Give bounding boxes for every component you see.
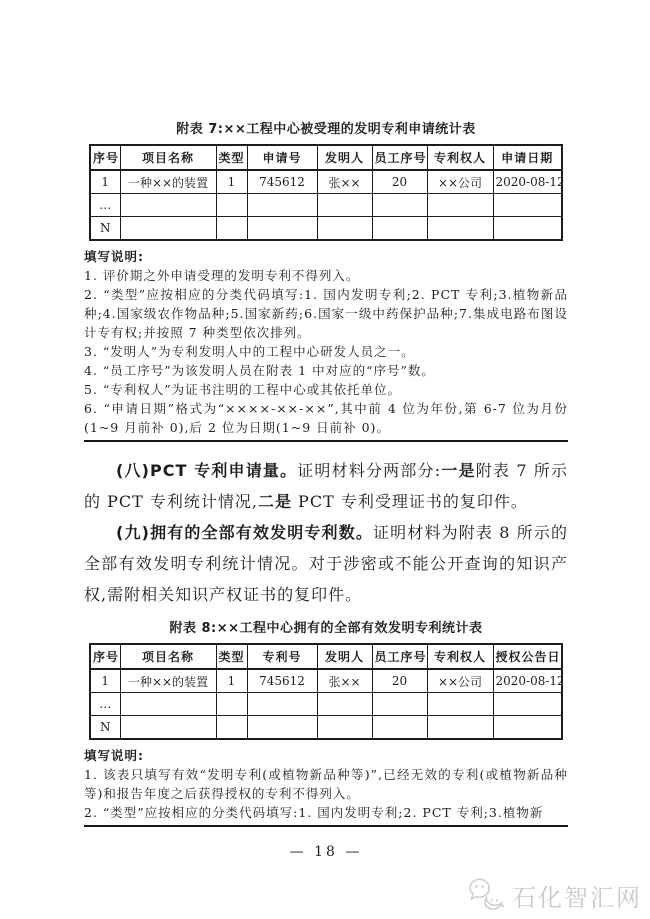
- table-cell: [247, 716, 317, 740]
- header-cell: 员工序号: [372, 644, 427, 669]
- text-segment: 二是: [258, 492, 292, 511]
- table-cell: [372, 194, 427, 217]
- header-cell: 专利权人: [427, 644, 493, 669]
- header-cell: 申请号: [247, 145, 317, 170]
- text-segment: (八)PCT 专利申请量。: [116, 461, 297, 480]
- header-cell: 专利号: [247, 644, 317, 669]
- table-cell: [493, 716, 562, 740]
- table-cell: [216, 716, 247, 740]
- table-cell: 1: [216, 669, 247, 693]
- table-cell: [216, 194, 247, 217]
- page-number: — 18 —: [84, 844, 568, 860]
- wechat-icon: [466, 877, 508, 913]
- table8: 序号项目名称类型专利号发明人员工序号专利权人授权公告日 1一种××的装置1745…: [89, 643, 563, 740]
- table-cell: 20: [372, 170, 427, 194]
- header-cell: 项目名称: [120, 644, 216, 669]
- table8-notes: 填写说明: 1. 该表只填写有效“发明专利(或植物新品种等)”,已经无效的专利(…: [84, 746, 568, 822]
- table-cell: [493, 217, 562, 241]
- table-cell: 20: [372, 669, 427, 693]
- table-cell: [493, 194, 562, 217]
- table-row: N: [90, 716, 562, 740]
- table-cell: ××公司: [427, 170, 493, 194]
- header-cell: 类型: [216, 145, 247, 170]
- header-cell: 发明人: [317, 145, 372, 170]
- table8-section: 附表 8:××工程中心拥有的全部有效发明专利统计表 序号项目名称类型专利号发明人…: [84, 617, 568, 827]
- table8-header-row: 序号项目名称类型专利号发明人员工序号专利权人授权公告日: [90, 644, 562, 669]
- table-cell: 一种××的装置: [120, 669, 216, 693]
- table-cell: 2020-08-12: [493, 669, 562, 693]
- table-cell: [317, 194, 372, 217]
- table-cell: [372, 716, 427, 740]
- text-segment: PCT 专利受理证书的复印件。: [292, 492, 528, 511]
- header-cell: 项目名称: [120, 145, 216, 170]
- table-row: N: [90, 217, 562, 241]
- note-item: 3. “发明人”为专利发明人中的工程中心研发人员之一。: [84, 342, 568, 361]
- page-content: 附表 7:××工程中心被受理的发明专利申请统计表 序号项目名称类型申请号发明人员…: [84, 118, 568, 860]
- table7-notes-list: 1. 评价期之外申请受理的发明专利不得列入。2. “类型”应按相应的分类代码填写…: [84, 266, 568, 437]
- table8-title: 附表 8:××工程中心拥有的全部有效发明专利统计表: [84, 617, 568, 636]
- table-cell: [247, 217, 317, 241]
- table-cell: [120, 716, 216, 740]
- table-row: 1一种××的装置1745612张××20××公司2020-08-12: [90, 170, 562, 194]
- table-cell: N: [90, 716, 120, 740]
- header-cell: 发明人: [317, 644, 372, 669]
- note-item: 6. “申请日期”格式为“××××-××-××”,其中前 4 位为年份,第 6-…: [84, 399, 568, 437]
- table-cell: N: [90, 217, 120, 241]
- text-segment: 证明材料分两部分:: [297, 461, 441, 480]
- table-cell: 1: [90, 669, 120, 693]
- table7-section: 附表 7:××工程中心被受理的发明专利申请统计表 序号项目名称类型申请号发明人员…: [84, 118, 568, 442]
- table7: 序号项目名称类型申请号发明人员工序号专利权人申请日期 1一种××的装置17456…: [89, 144, 563, 241]
- table-cell: 745612: [247, 170, 317, 194]
- table-cell: 张××: [317, 170, 372, 194]
- table-cell: [427, 693, 493, 716]
- table-cell: [372, 217, 427, 241]
- table-row: …: [90, 693, 562, 716]
- table-cell: ××公司: [427, 669, 493, 693]
- table-cell: [120, 693, 216, 716]
- table7-notes: 填写说明: 1. 评价期之外申请受理的发明专利不得列入。2. “类型”应按相应的…: [84, 247, 568, 437]
- body-paragraphs: (八)PCT 专利申请量。证明材料分两部分:一是附表 7 所示的 PCT 专利统…: [84, 455, 568, 610]
- table-row: 1一种××的装置1745612张××20××公司2020-08-12: [90, 669, 562, 693]
- table-cell: 张××: [317, 669, 372, 693]
- note-item: 2. “类型”应按相应的分类代码填写:1. 国内发明专利;2. PCT 专利;3…: [84, 285, 568, 342]
- table-cell: …: [90, 194, 120, 217]
- table-cell: [427, 217, 493, 241]
- table-cell: [427, 194, 493, 217]
- note-item: 4. “员工序号”为该发明人员在附表 1 中对应的“序号”数。: [84, 361, 568, 380]
- header-cell: 序号: [90, 145, 120, 170]
- note-item: 2. “类型”应按相应的分类代码填写:1. 国内发明专利;2. PCT 专利;3…: [84, 803, 568, 822]
- table-cell: [317, 693, 372, 716]
- paragraph-pct-applications: (八)PCT 专利申请量。证明材料分两部分:一是附表 7 所示的 PCT 专利统…: [84, 455, 568, 517]
- watermark: 石化智汇网: [466, 877, 642, 913]
- table-cell: 1: [90, 170, 120, 194]
- table-cell: [120, 217, 216, 241]
- table-cell: [120, 194, 216, 217]
- section-divider-top: [84, 440, 568, 442]
- note-item: 1. 该表只填写有效“发明专利(或植物新品种等)”,已经无效的专利(或植物新品种…: [84, 765, 568, 803]
- table-cell: [372, 693, 427, 716]
- table-cell: 1: [216, 170, 247, 194]
- text-segment: (九)拥有的全部有效发明专利数。: [116, 523, 373, 542]
- header-cell: 授权公告日: [493, 644, 562, 669]
- header-cell: 序号: [90, 644, 120, 669]
- header-cell: 专利权人: [427, 145, 493, 170]
- note-item: 5. “专利权人”为证书注明的工程中心或其依托单位。: [84, 380, 568, 399]
- text-segment: 一是: [441, 461, 476, 480]
- table-cell: 745612: [247, 669, 317, 693]
- table-cell: [247, 194, 317, 217]
- table-cell: …: [90, 693, 120, 716]
- header-cell: 申请日期: [493, 145, 562, 170]
- watermark-text: 石化智汇网: [512, 878, 642, 913]
- table7-header-row: 序号项目名称类型申请号发明人员工序号专利权人申请日期: [90, 145, 562, 170]
- table-cell: [427, 716, 493, 740]
- table7-body: 1一种××的装置1745612张××20××公司2020-08-12…N: [90, 170, 562, 240]
- header-cell: 类型: [216, 644, 247, 669]
- note-item: 1. 评价期之外申请受理的发明专利不得列入。: [84, 266, 568, 285]
- table-cell: [247, 693, 317, 716]
- section-divider-bottom: [84, 825, 568, 827]
- table-row: …: [90, 194, 562, 217]
- table8-notes-title: 填写说明:: [84, 746, 568, 765]
- table-cell: [216, 693, 247, 716]
- table-cell: [317, 716, 372, 740]
- table7-notes-title: 填写说明:: [84, 247, 568, 266]
- header-cell: 员工序号: [372, 145, 427, 170]
- table-cell: 2020-08-12: [493, 170, 562, 194]
- table-cell: [216, 217, 247, 241]
- table-cell: [317, 217, 372, 241]
- table7-title: 附表 7:××工程中心被受理的发明专利申请统计表: [84, 118, 568, 137]
- paragraph-valid-patents: (九)拥有的全部有效发明专利数。证明材料为附表 8 所示的全部有效发明专利统计情…: [84, 517, 568, 610]
- table8-body: 1一种××的装置1745612张××20××公司2020-08-12…N: [90, 669, 562, 739]
- table-cell: 一种××的装置: [120, 170, 216, 194]
- table-cell: [493, 693, 562, 716]
- table8-notes-list: 1. 该表只填写有效“发明专利(或植物新品种等)”,已经无效的专利(或植物新品种…: [84, 765, 568, 822]
